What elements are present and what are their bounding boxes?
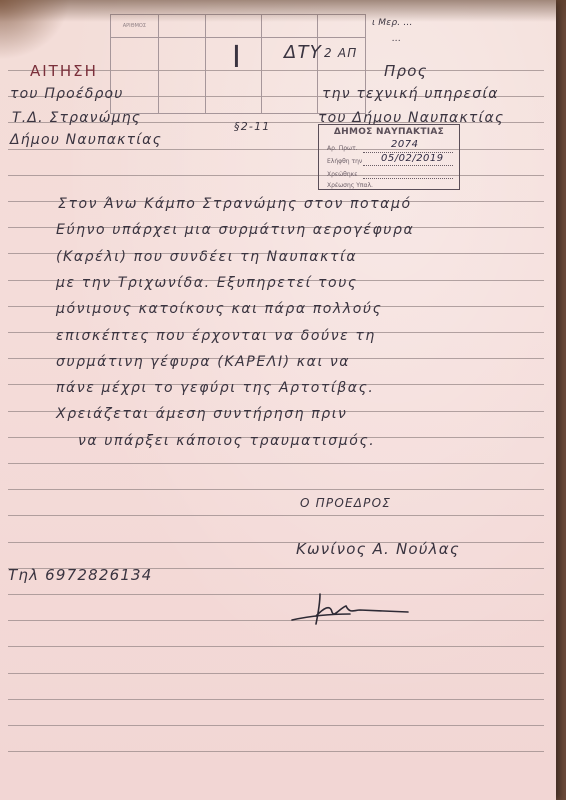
registry-header-cell xyxy=(262,15,318,38)
body-line: μόνιμους κατοίκους και πάρα πολλούς xyxy=(56,301,382,317)
body-line: συρμάτινη γέφυρα (ΚΑΡΕΛΙ) και να xyxy=(56,354,350,370)
ruled-line xyxy=(8,542,544,543)
signoff-role: Ο ΠΡΟΕΔΡΟΣ xyxy=(300,496,391,510)
ruled-line xyxy=(8,725,544,726)
registry-header-cell xyxy=(206,15,262,38)
from-line-3: Δήμου Ναυπακτίας xyxy=(10,132,162,148)
stamp-row4-label: Χρέωσης Υπαλ. xyxy=(327,182,373,189)
body-line: Εύηνο υπάρχει μια συρμάτινη αερογέφυρα xyxy=(56,222,414,238)
stamp-row3-label: Χρεώθηκε xyxy=(327,171,357,178)
from-line-2: Τ.Δ. Στρανώμης xyxy=(12,110,141,126)
stamp-protocol-number: 2074 xyxy=(391,139,418,150)
ruled-line xyxy=(8,515,544,516)
ruled-line xyxy=(8,673,544,674)
municipality-stamp: ΔΗΜΟΣ ΝΑΥΠΑΚΤΙΑΣ Αρ. Πρωτ. 2074 Ελήφθη τ… xyxy=(318,124,460,190)
ruled-line xyxy=(8,594,544,595)
body-line: να υπάρξει κάποιος τραυματισμός. xyxy=(78,433,375,449)
ruled-line xyxy=(8,620,544,621)
stamp-received-label: Ελήφθη την xyxy=(327,158,362,165)
body-line: επισκέπτες που έρχονται να δούνε τη xyxy=(56,328,376,344)
from-line-1: του Προέδρου xyxy=(10,86,124,102)
margin-note-1: ι Μερ. ... xyxy=(372,18,413,28)
body-line: πάνε μέχρι το γεφύρι της Αρτοτίβας. xyxy=(56,380,374,396)
registry-mark-ap: 2 ΑΠ xyxy=(324,46,357,60)
ruled-line xyxy=(8,489,544,490)
ruled-line xyxy=(8,751,544,752)
signoff-name: Κωνίνος Α. Νούλας xyxy=(296,540,460,558)
to-line-1: την τεχνική υπηρεσία xyxy=(322,86,499,102)
signature-scribble xyxy=(290,586,430,626)
ruled-line xyxy=(8,175,544,176)
paper-sheet: ΑΡΙΘΜΟΣ Ι ΔΤΥ 2 ΑΠ ι Μερ. ... ... ΑΙΤΗΣΗ… xyxy=(0,0,556,800)
body-line: (Καρέλι) που συνδέει τη Ναυπακτία xyxy=(56,249,357,265)
letter-title: ΑΙΤΗΣΗ xyxy=(30,62,98,80)
registry-header-cell xyxy=(318,15,366,38)
margin-note-2: ... xyxy=(392,34,401,44)
body-line: με την Τριχωνίδα. Εξυπηρετεί τους xyxy=(56,275,358,291)
body-line: Στον Άνω Κάμπο Στρανώμης στον ποταμό xyxy=(58,196,412,212)
to-label: Προς xyxy=(384,62,428,80)
body-line: Χρειάζεται άμεση συντήρηση πριν xyxy=(56,406,347,422)
registry-header-cell: ΑΡΙΘΜΟΣ xyxy=(111,15,159,38)
registry-header-cell xyxy=(158,15,206,38)
reference-mark: §2-11 xyxy=(234,120,270,133)
stamp-received-date: 05/02/2019 xyxy=(381,153,444,164)
ruled-line xyxy=(8,463,544,464)
stamp-title: ΔΗΜΟΣ ΝΑΥΠΑΚΤΙΑΣ xyxy=(319,127,459,137)
ruled-line xyxy=(8,699,544,700)
stamp-protocol-label: Αρ. Πρωτ. xyxy=(327,145,358,152)
ruled-line xyxy=(8,646,544,647)
ruled-line xyxy=(8,149,544,150)
registry-mark-1: Ι xyxy=(232,40,242,75)
registry-mark-dty: ΔΤΥ xyxy=(284,42,322,63)
phone-number: Τηλ 6972826134 xyxy=(8,566,153,584)
